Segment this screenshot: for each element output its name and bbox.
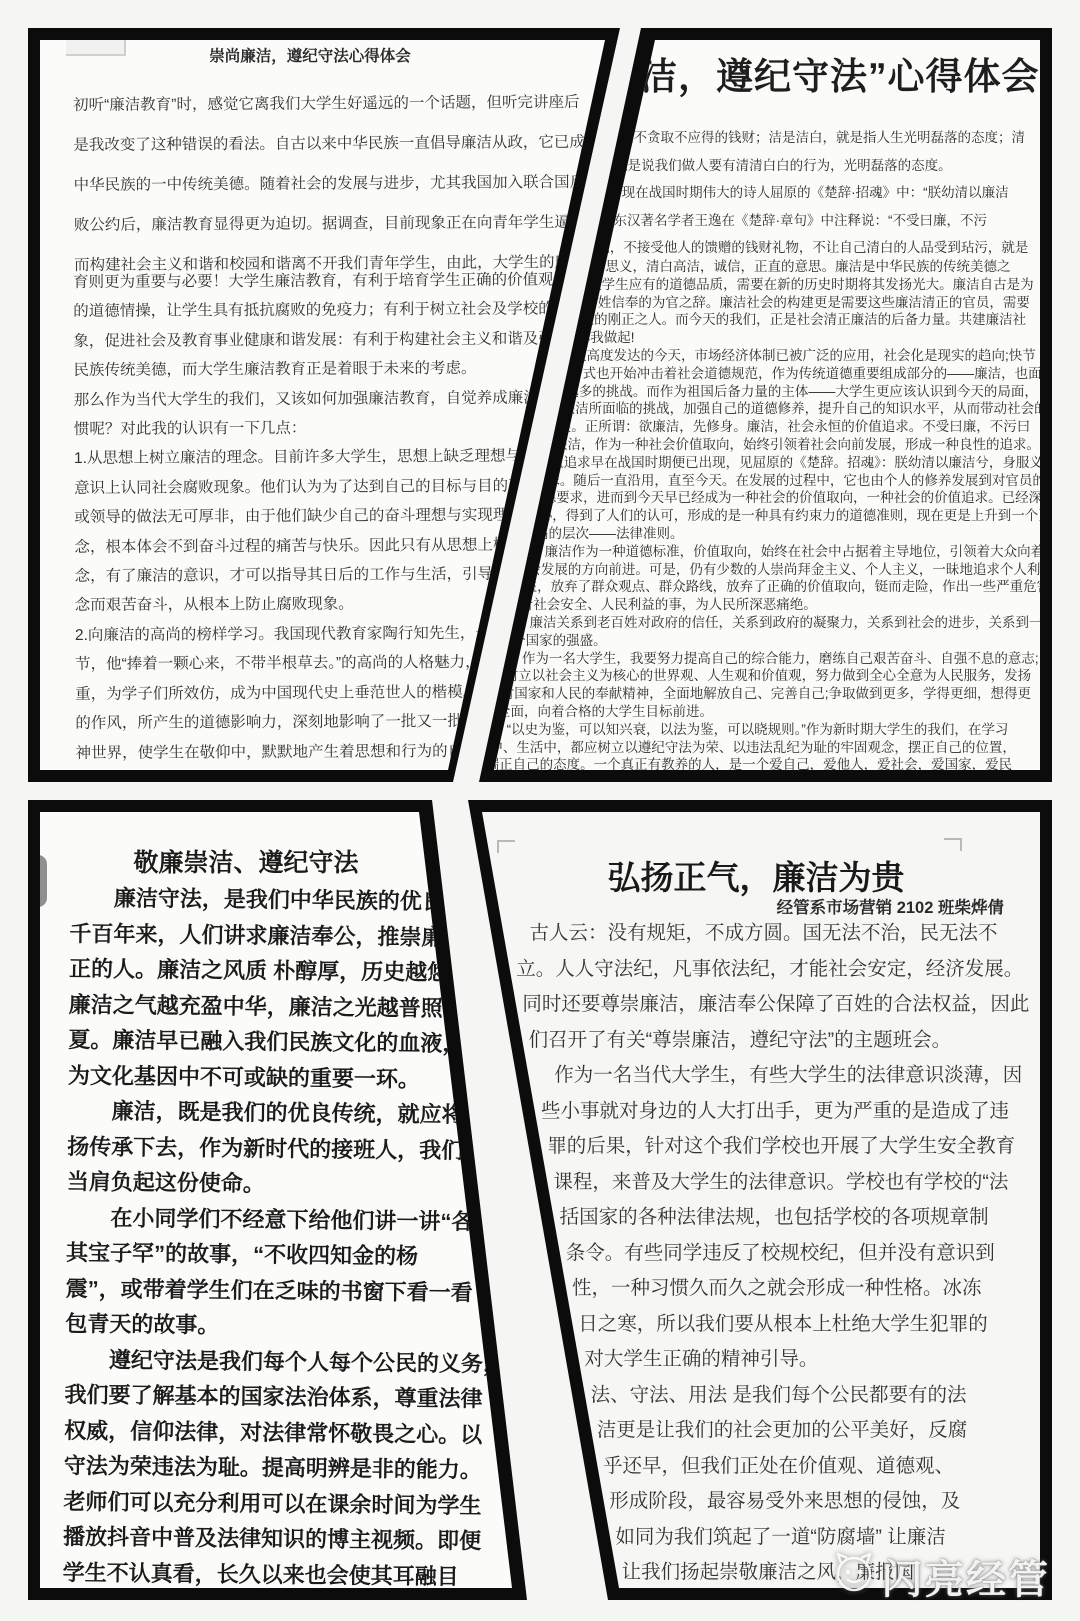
text-line: 育则更为重要与必要！大学生廉洁教育，有利于培育学生正确的价值观和高尚 (73, 265, 600, 297)
text-line: 方式也开始冲击着社会道德规范，作为传统道德重要组成部分的——廉洁，也面 (569, 365, 1058, 383)
watermark-text: 闪亮经管 (882, 1548, 1050, 1605)
text-line: 树立以社会主义为核心的世界观、人生观和价值观，努力做到全心全意为人民服务，发扬 (505, 667, 1058, 685)
text-line: 就是说我们做人要有清清白白的行为，光明磊落的态度。 (614, 152, 1028, 180)
watermark: 闪亮经管 (831, 1548, 1050, 1605)
text-line: 形成阶段，最容易受外来思想的侵蚀，及 (609, 1484, 1029, 1520)
text-line: 遵纪守法是我们每个人每个公民的义务， (65, 1341, 505, 1381)
text-line: 古人云：没有规矩，不成方圆。国无法不治，民无法不 (510, 916, 1029, 952)
text-line: 民族传统美德，而大学生廉洁教育正是着眼于未来的考虑。 (73, 353, 600, 385)
text-line: 象，促进社会及教育事业健康和谐发展：有利于构建社会主义和谐及弘扬中华 (73, 324, 600, 356)
text-line: 沫。随后一直沿用，直至今天。在发展的过程中，它也由个人的修养发展到对官员的 (546, 472, 1057, 490)
text-line: 个国家的强盛。 (512, 632, 1058, 650)
text-line: 会发展的方向前进。可是，仍有少数的人崇尚拜金主义、个人主义，一昧地追求个人利 (527, 561, 1057, 579)
text-line: 是不贪取不应得的钱财；洁是洁白，就是指人生光明磊落的态度；清 (620, 124, 1028, 152)
text-line: 立。人人守法纪，凡事依法纪，才能社会安定，经济发展。 (516, 952, 1029, 988)
text-line: 着社会安全、人民利益的事，为人民所深恶痛绝。 (520, 596, 1058, 614)
text-line: 败公约后，廉洁教育显得更为迫切。据调查，目前现象正在向青年学生逼近， (74, 203, 601, 246)
essay-title: 敬廉崇洁、遵纪守法 (60, 843, 432, 879)
text-line: “以史为鉴，可以知兴衰，以法为鉴，可以晓规则。”作为新时期大学生的我们，在学习 (493, 721, 1058, 739)
text-line: 。”东汉著名学者王逸在《楚辞·章句》中注释说：“不受曰廉，不污 (602, 207, 1028, 235)
text-line: 条令。有些同学违反了校规校纪，但并没有意识到 (566, 1236, 1030, 1272)
text-line: 扬传承下去，作为新时代的接班人，我们应 (67, 1128, 507, 1168)
essay-title: 廉洁，遵纪守法”心得体会 (602, 46, 1040, 100)
text-line: 廉洁，作为一种社会价值取向，始终引领着社会向前发展，形成一种良性的追求。这 (554, 436, 1058, 454)
margin-crop-mark (497, 840, 515, 853)
text-line: 意识上认同社会腐败现象。他们认为为了达到自己的目标与目的而去讨好 (74, 471, 601, 503)
text-line: 同时还要尊崇廉洁，廉洁奉公保障了百姓的合法权益，因此 (522, 987, 1029, 1023)
text-line: 或领导的做法无可厚非，由于他们缺少自己的奋斗理想与实现理想的坚 (74, 500, 601, 532)
text-line: 夏。廉洁早已融入我们民族文化的血液，成 (68, 1022, 508, 1062)
text-line: 权威，信仰法律，对法律常怀敬畏之心。以 (64, 1412, 504, 1452)
text-line: 展。正所谓：欲廉洁，先修身。廉洁，社会永恒的价值追求。不受曰廉，不污曰 (558, 418, 1058, 436)
text-line: 大学生应有的道德品质，需要在新的历史时期将其发扬光大。廉洁自古是为 (588, 276, 1058, 294)
text-line: 性，一种习惯久而久之就会形成一种性格。冰冻 (572, 1271, 1029, 1307)
text-line: 乎还早，但我们正处在价值观、道德观、 (603, 1449, 1029, 1485)
essay-byline: 经管系市场营销 2102 班柴烨倩 (520, 894, 1004, 918)
text-line: 廉洁关系到老百姓对政府的信任，关系到政府的凝聚力，关系到社会的进步，关系到一 (516, 614, 1058, 632)
text-line: 课程，来普及大学生的法律意识。学校也有学校的“法 (553, 1165, 1029, 1201)
text-line: 老师们可以充分利用可以在课余时间为学生 (63, 1483, 503, 1523)
text-line: 廉的刚正之人。而今天的我们，正是社会清正廉洁的后备力量。共建廉洁社 (581, 311, 1058, 329)
text-line: 在小同学们不经意下给他们讲一讲“各怀 (66, 1199, 506, 1239)
text-line: 中华民族的一中传统美德。随着社会的发展与进步，尤其我国加入联合国反腐 (73, 163, 600, 206)
text-line: 高的层次——法律准则。 (535, 525, 1058, 543)
text-line: 中、生活中，都应树立以遵纪守法为荣、以违法乱纪为耻的牢固观念，摆正自己的位置， (489, 739, 1057, 757)
text-line: 心，得到了人们的认可，形成的是一种具有约束力的道德准则，现在更是上升到一个更 (539, 507, 1058, 525)
text-line: 守法为荣违法为耻。提高明辨是非的能力。 (64, 1448, 504, 1488)
text-line: 些小事就对身边的人大打出手，更为严重的是造成了违 (541, 1094, 1029, 1130)
mascot-face-icon (831, 1549, 877, 1605)
text-line: 作为一名大学生，我要努力提高自己的综合能力，磨练自己艰苦奋斗、自强不息的意志; (508, 650, 1057, 668)
text-line: 法、守法、用法 是我们每个公民都要有的法 (591, 1378, 1030, 1414)
text-line: 震”，或带着学生们在乏味的书窗下看一看 (66, 1270, 506, 1310)
text-line: 其宝子罕”的故事，“不收四知金的杨 (66, 1235, 506, 1275)
essay-title: 崇尚廉洁，遵纪守法心得体会 (75, 44, 545, 66)
text-line: 那么作为当代大学生的我们，又该如何加强廉洁教育，自觉养成廉洁的良好习 (74, 383, 601, 415)
text-line: 技高度发达的今天，市场经济体制已被广泛的应用，社会化是现实的趋向;快节 (573, 347, 1058, 365)
essay-collage: 崇尚廉洁，遵纪守法心得体会 初听“廉洁教育”时，感觉它离我们大学生好遥远的一个话… (0, 0, 1080, 1621)
text-line: 廉洁所面临的挑战，加强自己的道德修养，提升自己的知识水平，从而带动社会的 (562, 400, 1058, 418)
text-line: 益，放弃了群众观点、群众路线，放弃了正确的价值取向，铤而走险，作出一些严重危害 (524, 578, 1058, 596)
text-line: 廉洁作为一种道德标准，价值取向，始终在社会中占据着主导地位，引领着大众向着社 (531, 543, 1058, 561)
text-line: 念，根本体会不到奋斗过程的痛苦与快乐。因此只有从思想上树立廉 (74, 530, 601, 562)
text-line: 的道德情操，让学生具有抵抗腐败的免疫力；有利于树立社会及学校的良好形 (73, 295, 600, 327)
text-line: 罪的后果，针对这个我们学校也开展了大学生安全教育 (547, 1129, 1029, 1165)
essay-title: 弘扬正气，廉洁为贵 (520, 852, 992, 899)
text-line: 们召开了有关“尊崇廉洁，遵纪守法”的主题班会。 (529, 1023, 1030, 1059)
text-line: 越多的挑战。而作为祖国后备力量的主体——大学生更应该认识到今天的局面， (565, 383, 1057, 401)
text-line: 值追求早在战国时期便已出现，见屈原的《楚辞。招魂》：朕幼清以廉洁兮，身服义 (550, 454, 1058, 472)
text-line: 初听“廉洁教育”时，感觉它离我们大学生好遥远的一个话题，但听完讲座后 (73, 83, 600, 126)
text-line: 洁更是让我们的社会更加的公平美好，反腐 (597, 1413, 1030, 1449)
text-line: 对大学生正确的精神引导。 (584, 1342, 1029, 1378)
text-line: 名思义，清白高洁，诚信，正直的意思。廉洁是中华民族的传统美德之 (592, 258, 1058, 276)
text-line: 全面，向着合格的大学生目标前进。 (497, 703, 1058, 721)
text-line: 括国家的各种法律法规，也包括学校的各项规章制 (560, 1200, 1030, 1236)
text-line: 包青天的故事。 (65, 1306, 505, 1346)
essay-paragraph: 初听“廉洁教育”时，感觉它离我们大学生好遥远的一个话题，但听完讲座后是我改变了这… (73, 83, 601, 286)
text-line: 为文化基因中不可或缺的重要一环。 (68, 1057, 508, 1097)
text-line: 当肩负起这份使命。 (67, 1164, 507, 1204)
text-line: 对国家和人民的奉献精神，全面地解放自己、完善自己;争取做到更多，学得更细，想得更 (501, 685, 1058, 703)
margin-crop-mark (944, 838, 962, 851)
text-line: 百姓信奉的为官之辞。廉洁社会的构建更是需要这些廉洁清正的官员，需要 (584, 294, 1057, 312)
text-line: 播放抖音中普及法律知识的博主视频。即便 (63, 1519, 503, 1559)
text-line: 作为一名当代大学生，有些大学生的法律意识淡薄，因 (535, 1058, 1030, 1094)
text-line: 你我做起! (577, 329, 1058, 347)
text-line: 是我改变了这种错误的看法。自古以来中华民族一直倡导廉洁从政，它已成为 (73, 123, 600, 166)
text-line: 出现在战国时期伟大的诗人屈原的《楚辞·招魂》中：“朕幼清以廉洁 (608, 179, 1028, 207)
text-line: 日之寒，所以我们要从根本上杜绝大学生犯罪的 (578, 1307, 1029, 1343)
text-line: 廉洁，既是我们的优良传统，就应将它发 (67, 1093, 507, 1133)
text-line: 我们要了解基本的国家法治体系，尊重法律 (64, 1377, 504, 1417)
text-line: 德要求，进而到今天早已经成为一种社会的价值取向，一种社会的价值追求。已经深入 (543, 489, 1058, 507)
